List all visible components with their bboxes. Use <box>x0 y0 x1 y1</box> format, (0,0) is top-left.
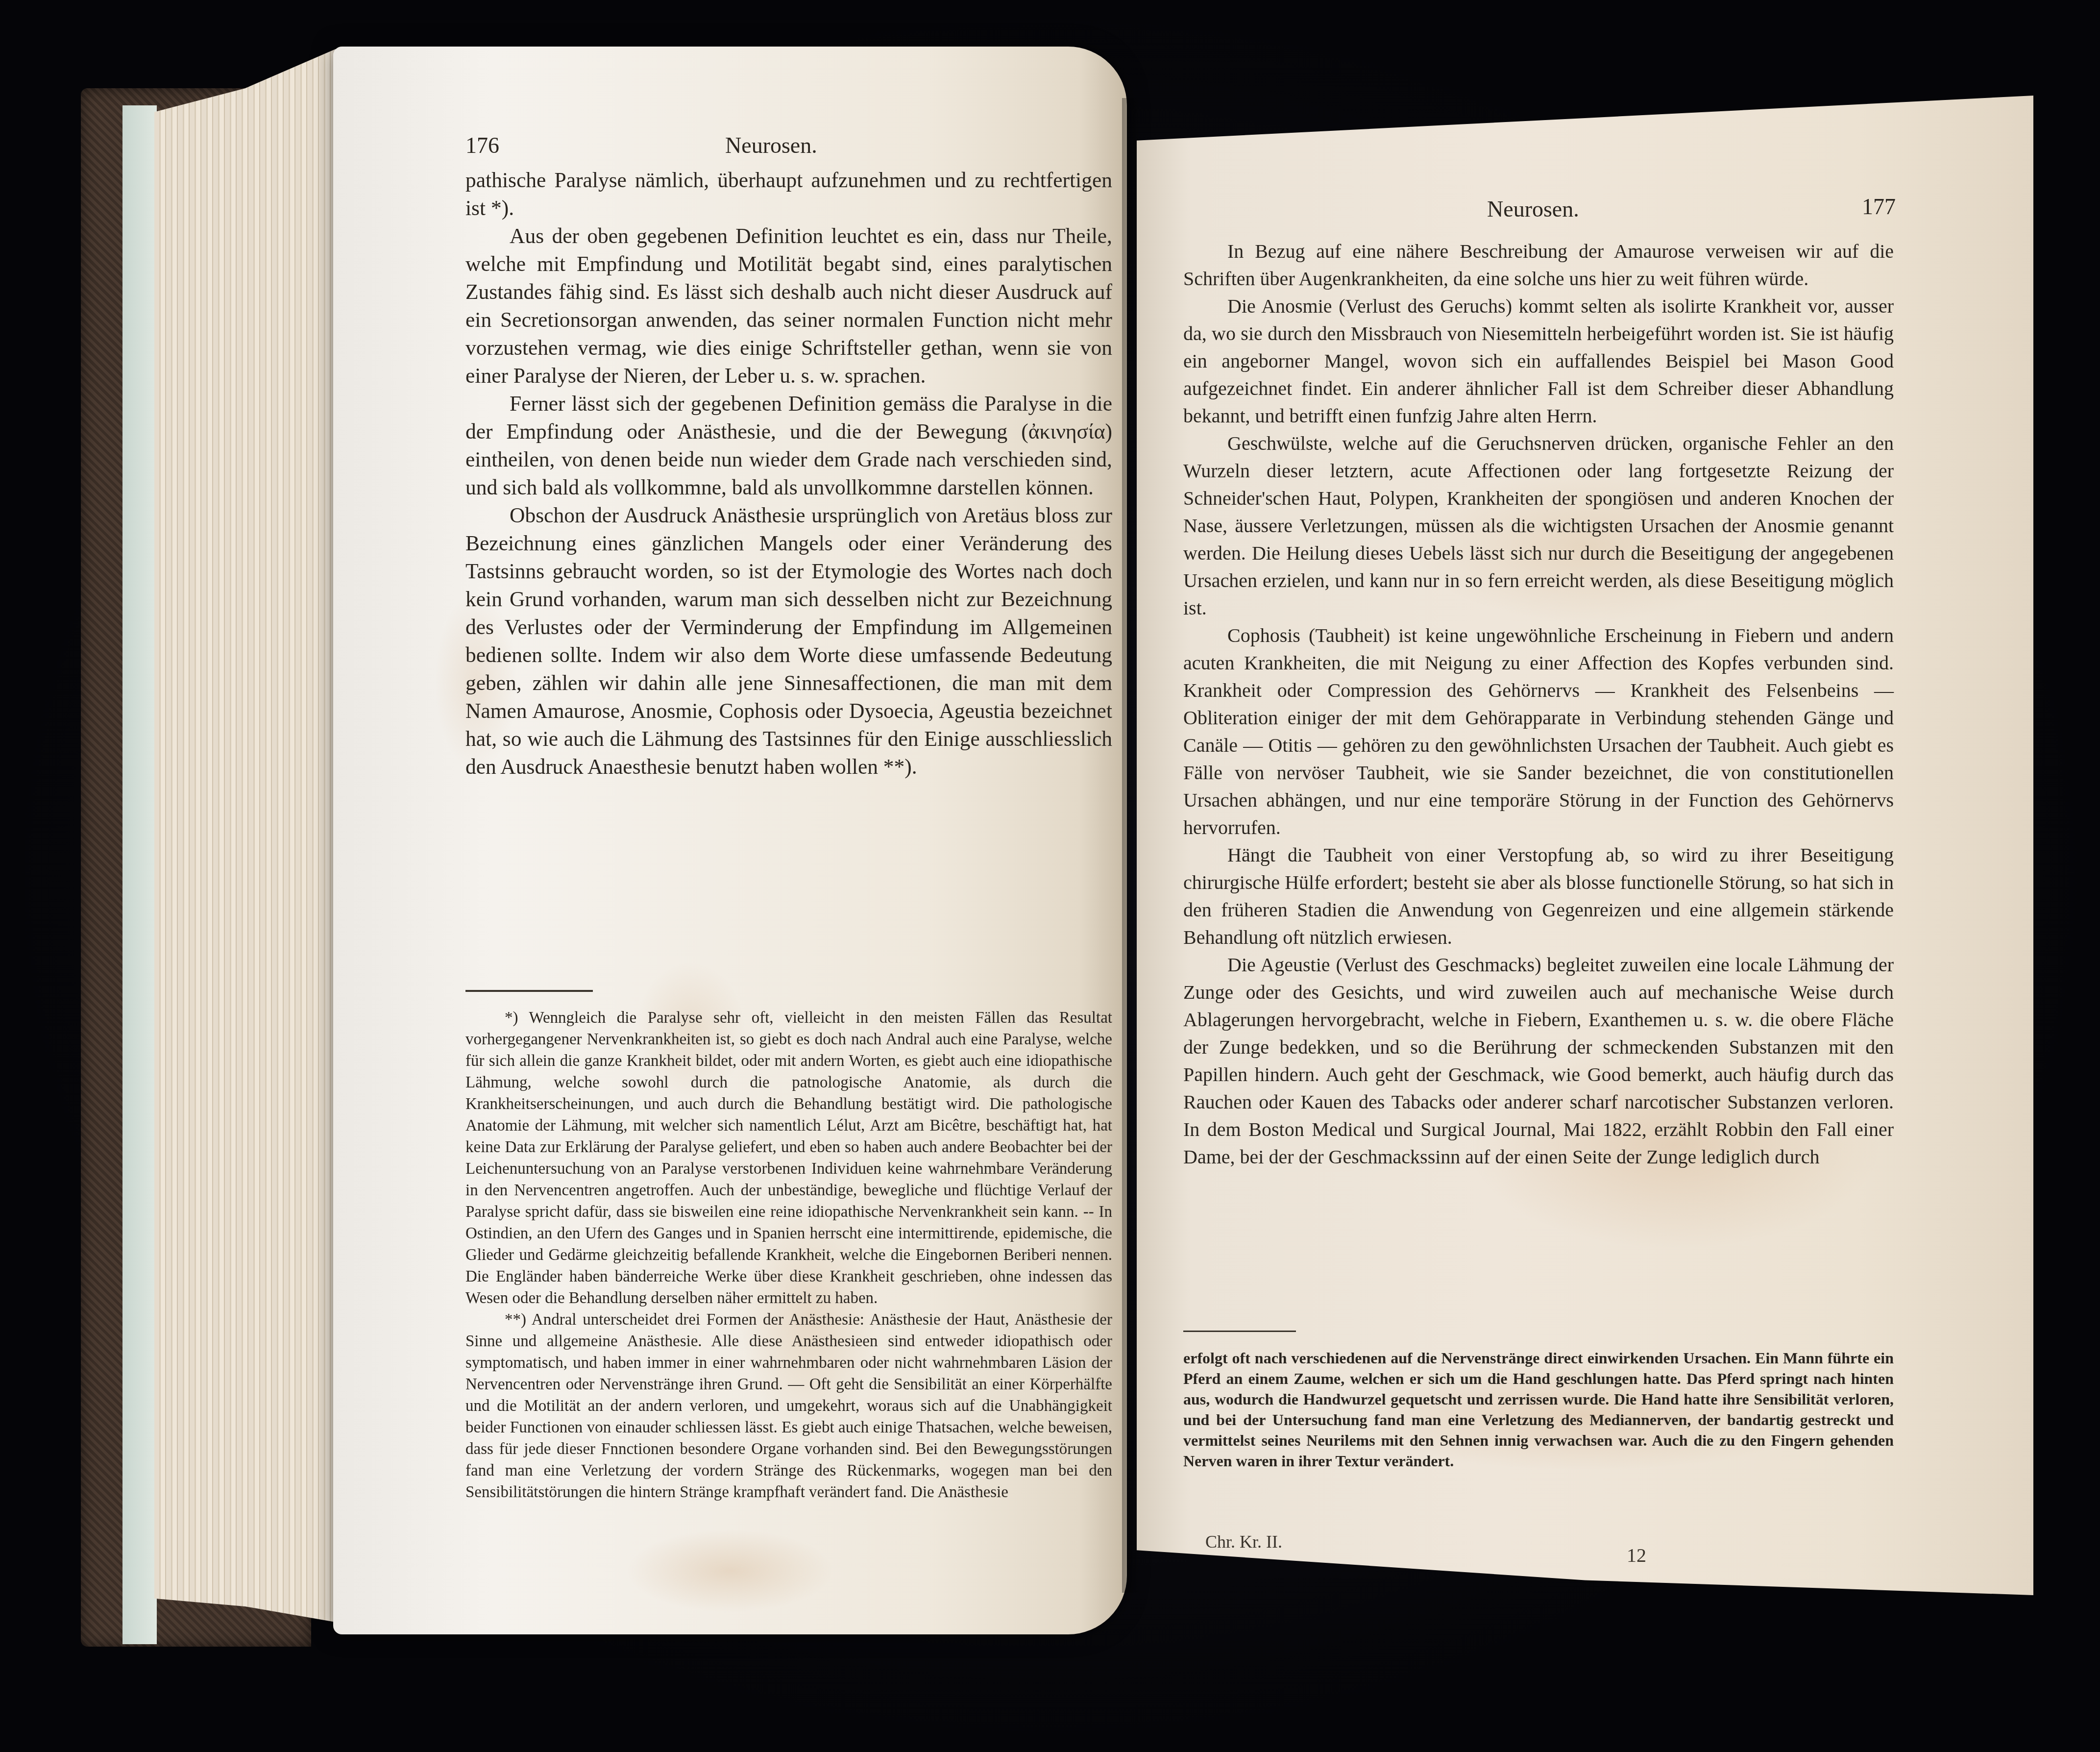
paragraph: Aus der oben gegebenen Definition leucht… <box>465 222 1112 390</box>
right-page: Neurosen. 177 In Bezug auf eine nähere B… <box>1137 96 2033 1595</box>
paragraph: Ferner lässt sich der gegebenen Definiti… <box>465 390 1112 502</box>
footnote-rule <box>465 990 593 992</box>
paragraph: Hängt die Taubheit von einer Verstopfung… <box>1183 841 1894 951</box>
paragraph: pathische Paralyse nämlich, überhaupt au… <box>465 167 1112 222</box>
running-head-left: Neurosen. <box>725 132 817 158</box>
right-footnote: erfolgt oft nach verschiedenen auf die N… <box>1183 1348 1894 1471</box>
paragraph: Die Anosmie (Verlust des Geruchs) kommt … <box>1183 293 1894 430</box>
left-page: 176 Neurosen. pathische Paralyse nämlich… <box>333 47 1127 1634</box>
running-head-right: Neurosen. <box>1487 196 1579 222</box>
right-main-text: In Bezug auf eine nähere Beschreibung de… <box>1183 238 1894 1171</box>
footnote-rule <box>1183 1331 1296 1332</box>
page-edges-stack <box>154 49 336 1622</box>
endpaper <box>122 105 157 1644</box>
paragraph: Cophosis (Taubheit) ist keine ungewöhnli… <box>1183 622 1894 841</box>
page-number-right: 177 <box>1862 194 1896 220</box>
footnote: erfolgt oft nach verschiedenen auf die N… <box>1183 1348 1894 1471</box>
footnote: *) Wenngleich die Paralyse sehr oft, vie… <box>465 1007 1112 1309</box>
paragraph: Obschon der Ausdruck Anästhesie ursprüng… <box>465 502 1112 781</box>
left-footnotes: *) Wenngleich die Paralyse sehr oft, vie… <box>465 1007 1112 1503</box>
left-main-text: pathische Paralyse nämlich, überhaupt au… <box>465 167 1112 781</box>
footnote: **) Andral unterscheidet drei Formen der… <box>465 1309 1112 1503</box>
signature-number: 12 <box>1627 1544 1646 1567</box>
page-number-left: 176 <box>465 132 499 158</box>
paragraph: Die Ageustie (Verlust des Geschmacks) be… <box>1183 951 1894 1171</box>
paragraph: Geschwülste, welche auf die Geruchsnerve… <box>1183 430 1894 622</box>
signature-mark: Chr. Kr. II. <box>1205 1531 1282 1552</box>
paragraph: In Bezug auf eine nähere Beschreibung de… <box>1183 238 1894 293</box>
